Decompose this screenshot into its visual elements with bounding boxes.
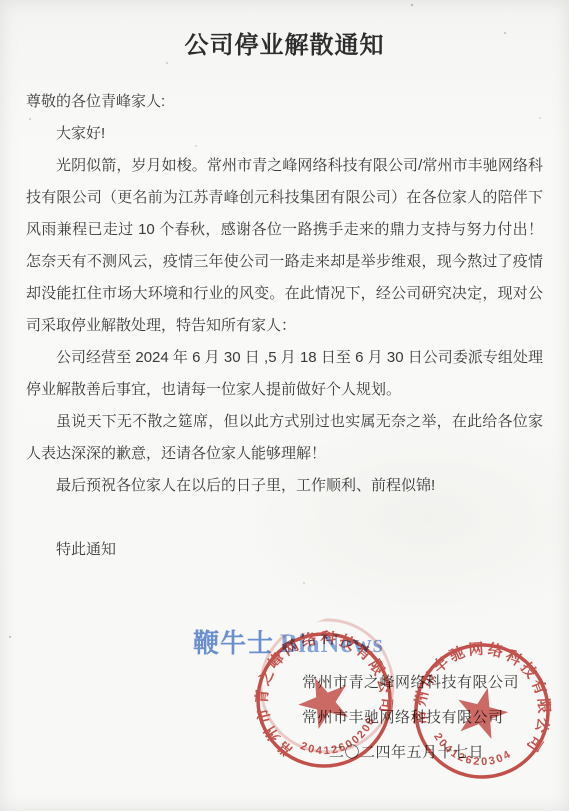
page-title: 公司停业解散通知 — [0, 0, 569, 60]
greeting-line: 大家好! — [26, 118, 543, 150]
body-paragraph: 光阴似箭，岁月如梭。常州市青之峰网络科技有限公司/常州市丰驰网络科技有限公司（更… — [26, 150, 543, 342]
salutation-line: 尊敬的各位青峰家人: — [26, 86, 543, 118]
closing-line: 特此通知 — [26, 534, 543, 566]
star-icon — [451, 681, 513, 741]
official-seal-fengchi: 常州市丰驰网络科技有限公司 3204126203043 — [391, 620, 569, 802]
official-seal-qingzhifeng: 常州市青之峰网络科技有限公司 3204126002088 — [226, 602, 421, 797]
scanned-notice-page: 公司停业解散通知 尊敬的各位青峰家人: 大家好! 光阴似箭，岁月如梭。常州市青之… — [0, 0, 569, 811]
body-paragraph: 虽说天下无不散之筵席，但以此方式别过也实属无奈之举，在此给各位家人表达深深的歉意… — [26, 406, 543, 470]
notice-body: 尊敬的各位青峰家人: 大家好! 光阴似箭，岁月如梭。常州市青之峰网络科技有限公司… — [26, 86, 543, 566]
body-paragraph: 公司经营至 2024 年 6 月 30 日 ,5 月 18 日至 6 月 30 … — [26, 342, 543, 406]
body-paragraph: 最后预祝各位家人在以后的日子里，工作顺利、前程似锦! — [26, 470, 543, 502]
star-icon — [291, 668, 357, 733]
